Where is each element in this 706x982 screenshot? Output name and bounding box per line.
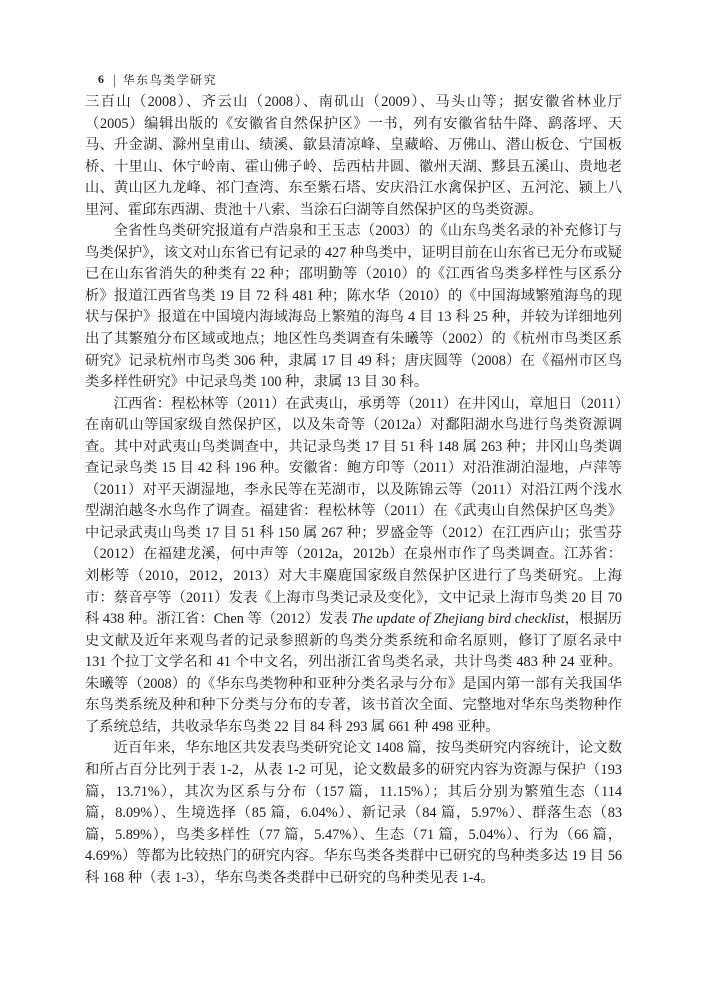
header-book-title: 华东鸟类学研究 xyxy=(123,71,218,88)
header-separator-bar: | xyxy=(113,71,116,89)
paragraph: 近百年来，华东地区共发表鸟类研究论文 1408 篇，按鸟类研究内容统计，论文数和… xyxy=(85,738,622,889)
book-page: 6 | 华东鸟类学研究 三百山（2008）、齐云山（2008）、南矶山（2009… xyxy=(0,0,706,982)
paragraph-text: ，根据历史文献及近年来观鸟者的记录参照新的鸟类分类系统和命名原则，修订了原名录中… xyxy=(85,611,622,735)
body-text: 三百山（2008）、齐云山（2008）、南矶山（2009）、马头山等；据安徽省林… xyxy=(85,92,622,889)
paragraph-text: 全省性鸟类研究报道有卢浩泉和王玉志（2003）的《山东鸟类名录的补充修订与鸟类保… xyxy=(85,223,622,390)
paragraph-text: 近百年来，华东地区共发表鸟类研究论文 1408 篇，按鸟类研究内容统计，论文数和… xyxy=(85,740,622,885)
paragraph: 全省性鸟类研究报道有卢浩泉和王玉志（2003）的《山东鸟类名录的补充修订与鸟类保… xyxy=(85,221,622,393)
paragraph: 江西省：程松林等（2011）在武夷山，承勇等（2011）在井冈山，章旭日（201… xyxy=(85,394,622,739)
paragraph: 三百山（2008）、齐云山（2008）、南矶山（2009）、马头山等；据安徽省林… xyxy=(85,92,622,221)
running-header: 6 | 华东鸟类学研究 xyxy=(98,71,217,88)
paragraph-text: 江西省：程松林等（2011）在武夷山，承勇等（2011）在井冈山，章旭日（201… xyxy=(85,396,622,627)
paragraph-text: 三百山（2008）、齐云山（2008）、南矶山（2009）、马头山等；据安徽省林… xyxy=(85,94,622,218)
italic-english-title: The update of Zhejiang bird checklist xyxy=(351,611,565,627)
page-number: 6 xyxy=(98,72,104,87)
